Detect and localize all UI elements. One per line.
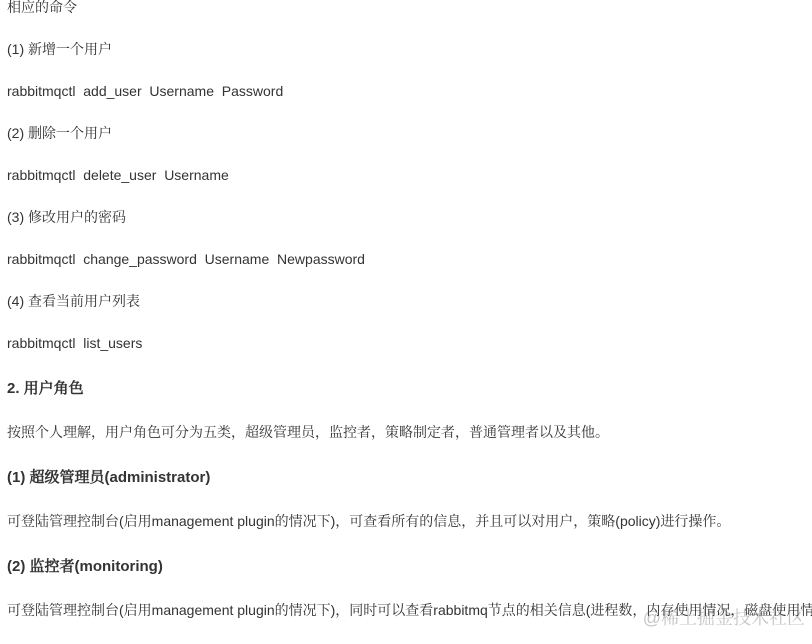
paragraph: (3) 修改用户的密码 <box>7 210 804 225</box>
paragraph: (2) 删除一个用户 <box>7 126 804 141</box>
paragraph: (1) 新增一个用户 <box>7 42 804 57</box>
command-line: rabbitmqctl list_users <box>7 336 804 351</box>
article-body: 相应的命令 (1) 新增一个用户 rabbitmqctl add_user Us… <box>0 0 812 618</box>
command-line: rabbitmqctl delete_user Username <box>7 168 804 183</box>
section-heading: 2. 用户角色 <box>7 381 804 397</box>
paragraph: (4) 查看当前用户列表 <box>7 294 804 309</box>
paragraph: 按照个人理解，用户角色可分为五类，超级管理员，监控者，策略制定者，普通管理者以及… <box>7 425 804 440</box>
command-line: rabbitmqctl change_password Username New… <box>7 252 804 267</box>
command-line: rabbitmqctl add_user Username Password <box>7 84 804 99</box>
paragraph: 可登陆管理控制台(启用management plugin的情况下)，可查看所有的… <box>7 514 804 529</box>
section-heading: (2) 监控者(monitoring) <box>7 559 804 575</box>
paragraph: 相应的命令 <box>7 0 804 15</box>
section-heading: (1) 超级管理员(administrator) <box>7 470 804 486</box>
paragraph: 可登陆管理控制台(启用management plugin的情况下)，同时可以查看… <box>7 603 804 618</box>
